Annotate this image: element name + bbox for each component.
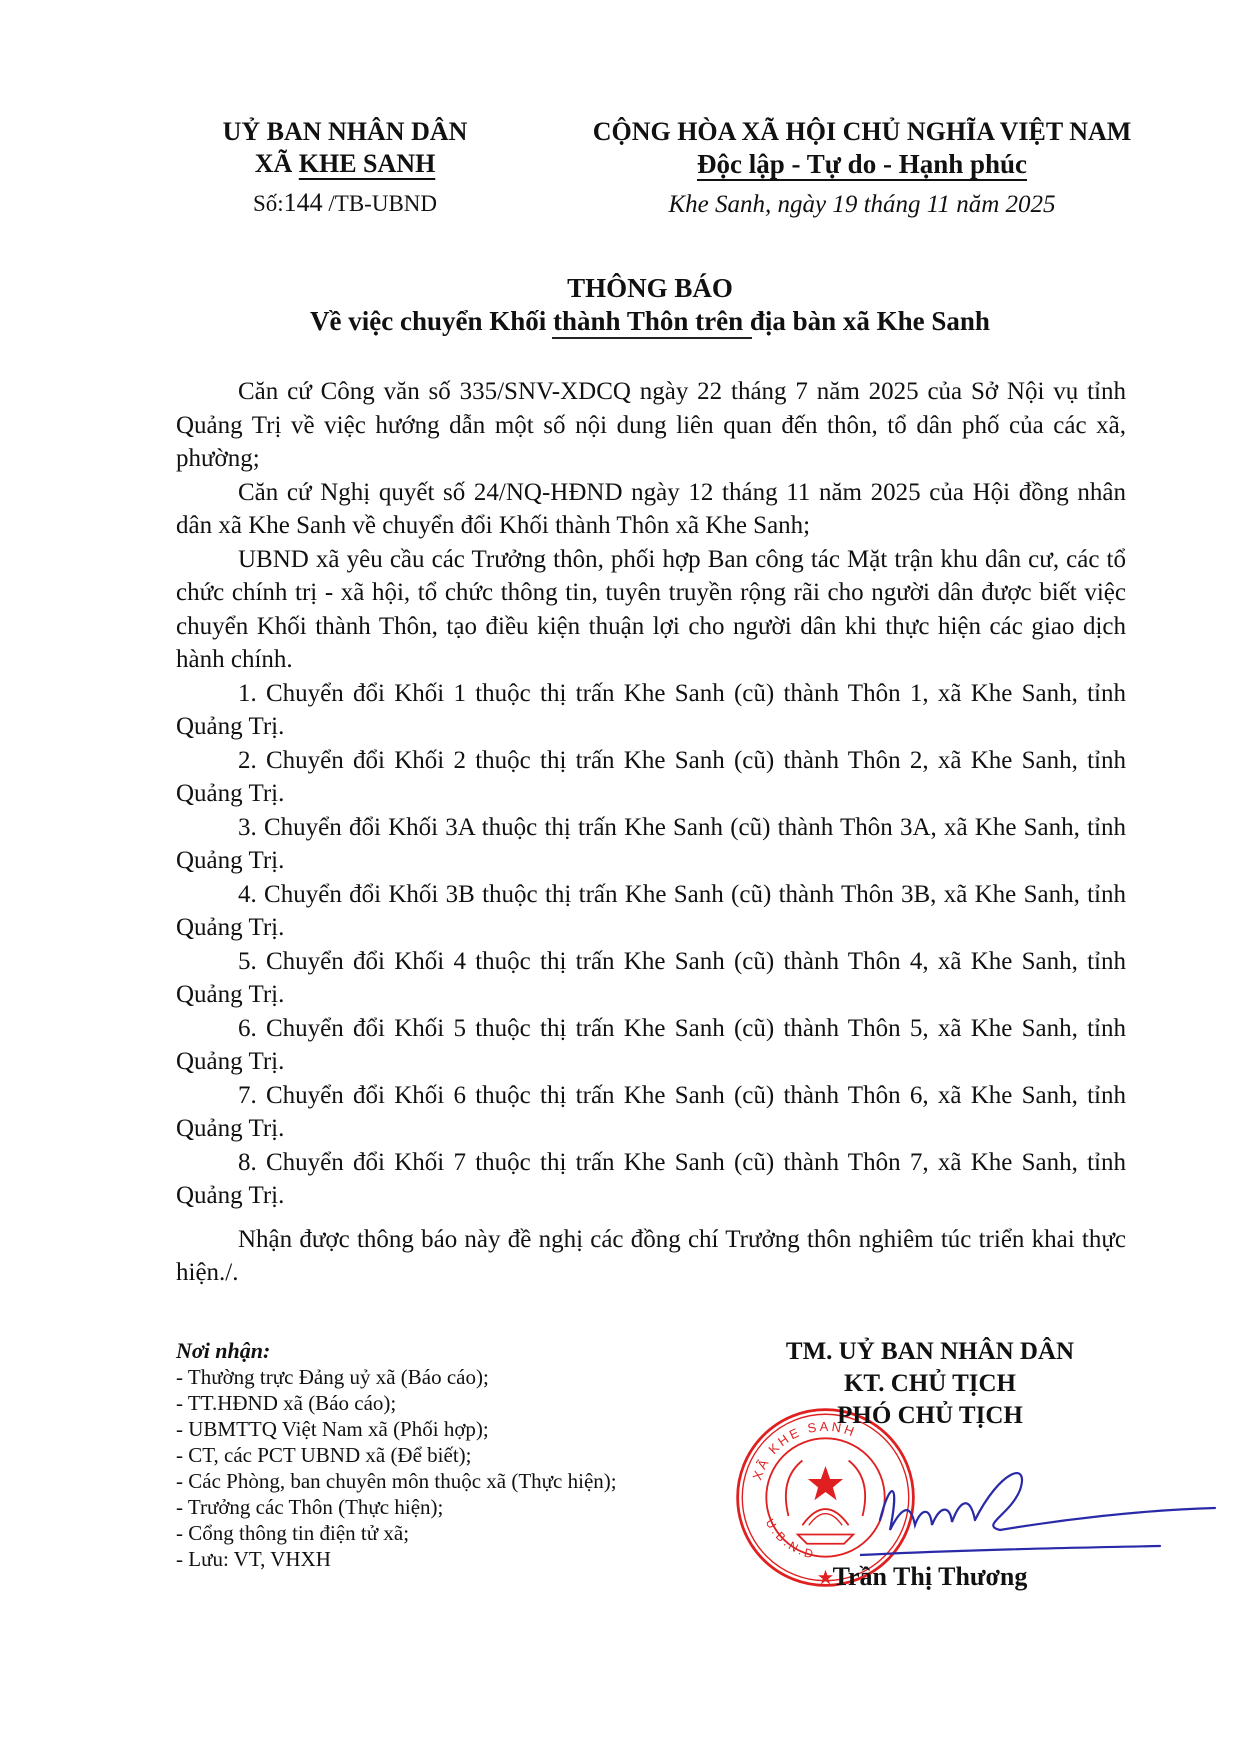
- document-body: Căn cứ Công văn số 335/SNV-XDCQ ngày 22 …: [176, 375, 1126, 1290]
- recipient-item: - Lưu: VT, VHXH: [176, 1546, 736, 1572]
- recipients-heading: Nơi nhận:: [176, 1338, 736, 1364]
- handwritten-signature-icon: [860, 1450, 1220, 1570]
- signer-position: PHÓ CHỦ TỊCH: [740, 1400, 1120, 1432]
- recipient-item: - Các Phòng, ban chuyên môn thuộc xã (Th…: [176, 1468, 736, 1494]
- recipient-item: - Thường trực Đảng uỷ xã (Báo cáo);: [176, 1364, 736, 1390]
- conversion-item: 6. Chuyển đổi Khối 5 thuộc thị trấn Khe …: [176, 1012, 1126, 1079]
- document-type: THÔNG BÁO: [250, 272, 1050, 304]
- signing-capacity: KT. CHỦ TỊCH: [740, 1368, 1120, 1400]
- conversion-item: 3. Chuyển đổi Khối 3A thuộc thị trấn Khe…: [176, 811, 1126, 878]
- signature-block: TM. UỶ BAN NHÂN DÂN KT. CHỦ TỊCH PHÓ CHỦ…: [740, 1336, 1120, 1432]
- agency-subunit-name: KHE SANH: [299, 149, 436, 178]
- conversion-item: 4. Chuyển đổi Khối 3B thuộc thị trấn Khe…: [176, 878, 1126, 945]
- recipients-block: Nơi nhận: - Thường trực Đảng uỷ xã (Báo …: [176, 1338, 736, 1572]
- recipient-item: - UBMTTQ Việt Nam xã (Phối hợp);: [176, 1416, 736, 1442]
- closing-paragraph: Nhận được thông báo này đề nghị các đồng…: [176, 1223, 1126, 1290]
- national-header-block: CỘNG HÒA XÃ HỘI CHỦ NGHĨA VIỆT NAM Độc l…: [562, 116, 1162, 220]
- agency-name: UỶ BAN NHÂN DÂN: [180, 116, 510, 148]
- document-number-suffix: /TB-UBND: [323, 191, 437, 216]
- agency-subunit-prefix: XÃ: [255, 149, 299, 178]
- document-subject: Về việc chuyển Khối thành Thôn trên địa …: [250, 304, 1050, 338]
- conversion-item: 1. Chuyển đổi Khối 1 thuộc thị trấn Khe …: [176, 677, 1126, 744]
- svg-text:U.B.N.D: U.B.N.D: [763, 1516, 817, 1561]
- document-number: Số:144 /TB-UBND: [180, 188, 510, 219]
- national-title: CỘNG HÒA XÃ HỘI CHỦ NGHĨA VIỆT NAM: [562, 116, 1162, 148]
- stamp-text-bottom: U.B.N.D: [763, 1516, 817, 1561]
- conversion-item: 5. Chuyển đổi Khối 4 thuộc thị trấn Khe …: [176, 945, 1126, 1012]
- place-and-date: Khe Sanh, ngày 19 tháng 11 năm 2025: [562, 190, 1162, 220]
- conversion-item: 2. Chuyển đổi Khối 2 thuộc thị trấn Khe …: [176, 744, 1126, 811]
- request-paragraph: UBND xã yêu cầu các Trưởng thôn, phối hợ…: [176, 543, 1126, 677]
- legal-basis-paragraph: Căn cứ Công văn số 335/SNV-XDCQ ngày 22 …: [176, 375, 1126, 476]
- conversion-item: 7. Chuyển đổi Khối 6 thuộc thị trấn Khe …: [176, 1079, 1126, 1146]
- signer-name: Trần Thị Thương: [740, 1562, 1120, 1592]
- recipient-item: - CT, các PCT UBND xã (Để biết);: [176, 1442, 736, 1468]
- national-motto: Độc lập - Tự do - Hạnh phúc: [562, 148, 1162, 180]
- agency-subunit: XÃ KHE SANH: [180, 148, 510, 180]
- signing-authority: TM. UỶ BAN NHÂN DÂN: [740, 1336, 1120, 1368]
- document-number-prefix: Số:: [253, 191, 284, 216]
- title-divider: [552, 337, 752, 339]
- conversion-item: 8. Chuyển đổi Khối 7 thuộc thị trấn Khe …: [176, 1146, 1126, 1213]
- recipient-item: - TT.HĐND xã (Báo cáo);: [176, 1390, 736, 1416]
- legal-basis-paragraph: Căn cứ Nghị quyết số 24/NQ-HĐND ngày 12 …: [176, 476, 1126, 543]
- recipient-item: - Cổng thông tin điện tử xã;: [176, 1520, 736, 1546]
- recipients-list: - Thường trực Đảng uỷ xã (Báo cáo); - TT…: [176, 1364, 736, 1572]
- document-number-value: 144: [284, 188, 323, 217]
- issuing-agency-block: UỶ BAN NHÂN DÂN XÃ KHE SANH Số:144 /TB-U…: [180, 116, 510, 219]
- document-title-block: THÔNG BÁO Về việc chuyển Khối thành Thôn…: [250, 272, 1050, 338]
- recipient-item: - Trưởng các Thôn (Thực hiện);: [176, 1494, 736, 1520]
